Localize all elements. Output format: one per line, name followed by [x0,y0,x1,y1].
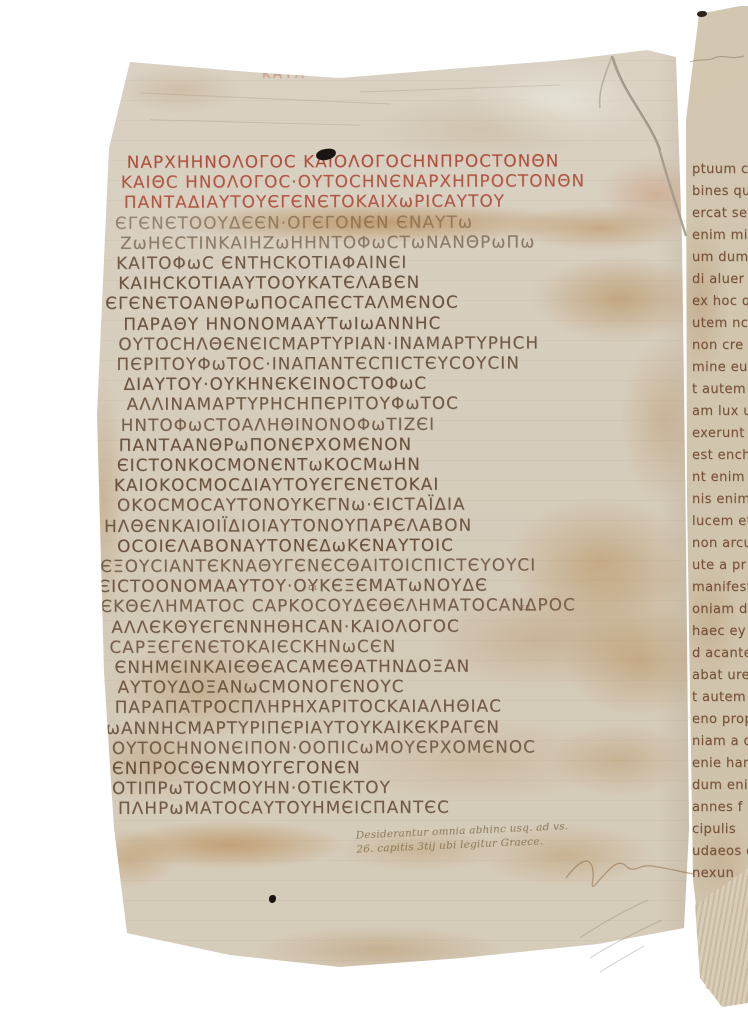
greek-text-line: ΟΥΤΟCΗΝΟΝЄΙΠΟΝ·ΟΟΠΙCωΜΟΥЄΡΧΟΜЄΝΟC [112,736,536,757]
greek-text-line: ΚΑΙΟΚΟCΜΟCΔΙΑΥΤΟΥЄΓЄΝЄΤΟΚΑΙ [114,474,440,495]
latin-fragment-line: nis enim q [692,492,748,507]
greek-text-line: ЄΞΟΥCΙΑΝΤЄΚΝΑΘΥΓЄΝЄCΘΑΙΤΟΙCΠΙCΤЄΥΟΥCΙ [100,554,536,576]
latin-fragment-line: oniam dec [692,602,748,617]
latin-fragment-line: annes f [692,800,743,815]
latin-fragment-line: exerunt [692,426,745,441]
latin-fragment-line: t autem [692,382,746,397]
greek-text-line: ΖωΗЄCΤΙΝΚΑΙΗΖωΗΗΝΤΟΦωCΤωΝΑΝΘΡωΠω [120,231,535,252]
latin-fragment-line: di aluer [692,272,744,287]
greek-text-line: ΑΛΛΙΝΑΜΑΡΤΥΡΗCΗΠЄΡΙΤΟΥΦωΤΟC [127,393,459,414]
interlinear-correction: εκ [520,603,531,613]
latin-fragment-line: enie han [692,756,748,771]
interlinear-correction: οι [308,583,318,593]
latin-fragment-line: abat ure [692,668,748,683]
latin-fragment-line: um dum [692,250,748,265]
greek-text-line: ΔΙΑΥΤΟΥ·ΟΥΚΗΝЄΚЄΙΝΟCΤΟΦωC [124,373,428,394]
latin-fragment-line: nexun [692,866,734,881]
greek-text-line: ΗΝΤΟΦωCΤΟΑΛΗΘΙΝΟΝΟΦωΤΙΖЄΙ [121,413,436,434]
greek-text-line: ΚΑΙΘC ΗΝΟΛΟΓΟC·ΟΥΤΟCΗΝЄΝΑΡΧΗΠΡΟCΤΟΝΘΝ [121,170,585,192]
latin-fragment-line: ptuum cui [692,162,748,177]
greek-text-line: ΟCΟΙЄΛΑΒΟΝΑΥΤΟΝЄΔωΚЄΝΑΥΤΟΙC [117,535,454,556]
greek-text-line: ΠΑΡΑΘΥ ΗΝΟΝΟΜΑΑΥΤωΙωΑΝΝΗC [123,312,441,333]
greek-text-line: ЄΚΘЄΛΗΜΑΤΟC CΑΡΚΟCΟΥΔЄΘЄΛΗΜΑΤΟCΑΝΔΡΟC [100,595,576,617]
latin-fragment-line: ex hoc qu [692,294,748,309]
greek-text-line: ΠΑΝΤΑΔΙΑΥΤΟΥЄΓЄΝЄΤΟΚΑΙΧωΡΙCΑΥΤΟΥ [124,191,505,212]
greek-text-line: ΚΑΙΤΟΦωC ЄΝΤΗCΚΟΤΙΑΦΑΙΝЄΙ [116,252,407,273]
manuscript-photo: ptuum cuibines quiercat seenim milium du… [0,0,748,1024]
latin-fragment-line: niam a qu [692,734,748,749]
greek-text-line: ΝΑΡΧΗΗΝΟΛΟΓΟC ΚΑΙΟΛΟΓΟCΗΝΠΡΟCΤΟΝΘΝ [127,150,560,172]
latin-fragment-line: t autem e [692,690,748,705]
latin-fragment-line: lucem et [692,514,748,529]
latin-fragment-line: enim mili [692,228,748,243]
greek-text-line: ΠΑΝΤΑΑΝΘΡωΠΟΝЄΡΧΟΜЄΝΟΝ [119,434,413,455]
latin-fragment-line: nt enim il [692,470,748,485]
latin-fragment-line: ute a pr [692,558,746,573]
latin-fragment-line: d acante [692,646,748,661]
greek-text-line: ЄΙCΤΟΝΚΟCΜΟΝЄΝΤωΚΟCΜωΗΝ [117,454,421,475]
greek-text-line: ΟΚΟCΜΟCΑΥΤΟΝΟΥΚЄΓΝω·ЄΙCΤΑΪΔΙΑ [117,494,466,515]
latin-fragment-line: manifest [692,580,748,595]
greek-text-line: ΟΥΤΟCΗΛΘЄΝЄΙCΜΑΡΤΥΡΙΑΝ·ΙΝΑΜΑΡΤΥΡΗCΗ [118,332,539,353]
latin-fragment-line: haec ey [692,624,746,639]
latin-fragment-line: non cre [692,338,744,353]
greek-text-line: ΑΥΤΟΥΔΟΞΑΝωCΜΟΝΟΓЄΝΟΥC [118,676,405,697]
latin-fragment-line: utem nc [692,316,748,331]
latin-fragment-line: bines qui [692,184,748,199]
greek-text-line: ЄΓЄΝЄΤΟΟΥΔЄЄΝ·ΟΓЄΓΟΝЄΝ ЄΝΑΥΤω [115,211,473,232]
latin-fragment-line: dum eni [692,778,748,793]
greek-text-block: ΝΑΡΧΗΗΝΟΛΟΓΟC ΚΑΙΟΛΟΓΟCΗΝΠΡΟCΤΟΝΘΝΚΑΙΘC … [0,0,748,1024]
latin-fragment-line: cipulis [692,822,736,837]
greek-text-line: ΠΛΗΡωΜΑΤΟCΑΥΤΟΥΗΜЄΙCΠΑΝΤЄC [118,797,450,818]
greek-text-line: ЄΝΠΡΟCΘЄΝΜΟΥΓЄΓΟΝЄΝ [112,757,361,778]
latin-fragment-line: am lux u [692,404,748,419]
latin-fragment-line: eno prope [692,712,748,727]
latin-fragment-line: udaeos d [692,844,748,859]
greek-text-line: ΗΛΘЄΝΚΑΙΟΙΪΔΙΟΙΑΥΤΟΝΟΥΠΑΡЄΛΑΒΟΝ [104,514,472,535]
greek-text-line: ΑΛΛЄΚΘΥЄΓЄΝΝΗΘΗCΑΝ·ΚΑΙΟΛΟΓΟC [111,615,460,636]
latin-fragment-line: ercat se [692,206,747,221]
greek-text-line: ЄΙCΤΟΟΝΟΜΑΑΥΤΟΥ·ΟΥΚЄΞЄΜΑΤωΝΟΥΔЄ [98,575,488,596]
greek-text-line: CΑΡΞЄΓЄΝЄΤΟΚΑΙЄCΚΗΝωCЄΝ [109,636,396,657]
greek-text-line: ΠΑΡΑΠΑΤΡΟCΠΛΗΡΗΧΑΡΙΤΟCΚΑΙΑΛΗΘΙΑC [115,696,502,717]
greek-text-line: ΚΑΙΗCΚΟΤΙΑΑΥΤΟΟΥΚΑΤЄΛΑΒЄΝ [118,272,420,293]
latin-fragment-line: non arcua [692,536,748,551]
greek-text-line: ЄΝΗΜЄΙΝΚΑΙЄΘЄΑCΑΜЄΘΑΤΗΝΔΟΞΑΝ [115,656,471,677]
greek-text-line: ΠЄΡΙΤΟΥΦωΤΟC·ΙΝΑΠΑΝΤЄCΠΙCΤЄΥCΟΥCΙΝ [116,352,520,373]
parchment-page: ΚΑΤΑ ΝΑΡΧΗΗΝΟΛΟΓΟC ΚΑΙΟΛΟΓΟCΗΝΠΡΟCΤΟΝΘΝΚ… [0,0,748,1024]
latin-fragment-line: est ench [692,448,748,463]
greek-text-line: ΙωΑΝΝΗCΜΑΡΤΥΡΙΠЄΡΙΑΥΤΟΥΚΑΙΚЄΚΡΑΓЄΝ [100,716,500,737]
latin-fragment-line: mine eun [692,360,748,375]
greek-text-line: ΟΤΙΠΡωΤΟCΜΟΥΗΝ·ΟΤΙЄΚΤΟΥ [112,777,391,798]
greek-text-line: ЄΓЄΝЄΤΟΑΝΘΡωΠΟCΑΠЄCΤΑΛΜЄΝΟC [105,292,459,313]
